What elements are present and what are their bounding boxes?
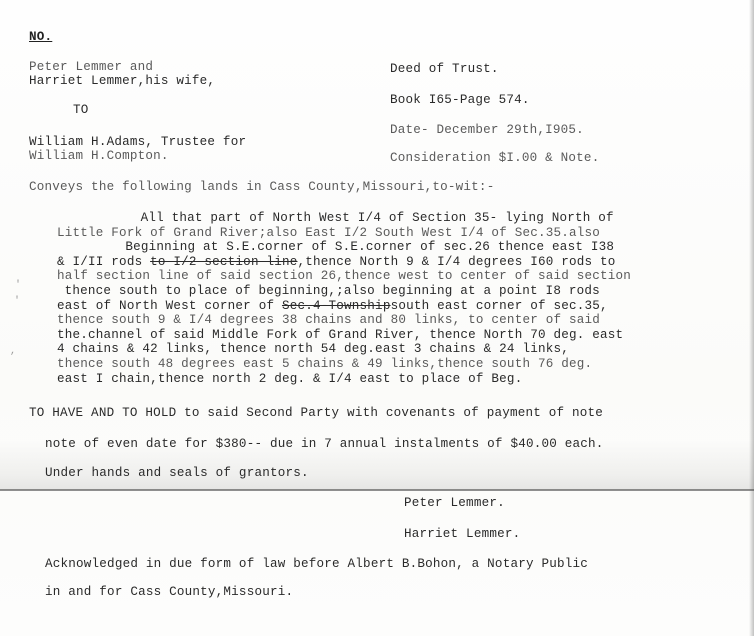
deed-date: Date- December 29th,I905.: [390, 123, 584, 137]
struck-through-text: Sec.4-Township: [282, 299, 391, 313]
grantee-line-2: William H.Compton.: [29, 149, 169, 163]
grantors-line-2: Harriet Lemmer,his wife,: [29, 74, 215, 88]
description-line: thence south 9 & I/4 degrees 38 chains a…: [57, 313, 600, 327]
consideration: Consideration $I.00 & Note.: [390, 151, 599, 165]
description-text: ,thence North 9 & I/4 degrees I60 rods t…: [298, 255, 616, 269]
acknowledgment-line-2: in and for Cass County,Missouri.: [45, 585, 293, 599]
signature-peter-lemmer: Peter Lemmer.: [404, 496, 505, 510]
description-text: east of North West corner of: [57, 299, 282, 313]
document-page: NO. Peter Lemmer and Harriet Lemmer,his …: [0, 0, 754, 636]
conveyance-intro: Conveys the following lands in Cass Coun…: [29, 180, 494, 194]
struck-through-text: to I/2 section line: [150, 255, 297, 269]
to-label: TO: [73, 103, 89, 117]
grantee-line-1: William H.Adams, Trustee for: [29, 135, 246, 149]
description-line: east of North West corner of Sec.4-Towns…: [57, 299, 608, 313]
grantors-line-1: Peter Lemmer and: [29, 60, 153, 74]
description-text: south east corner of sec.35,: [391, 299, 608, 313]
margin-mark: ': [15, 280, 21, 291]
margin-mark: ,: [10, 346, 16, 357]
description-line: thence south 48 degrees east 5 chains & …: [57, 357, 592, 371]
description-line: 4 chains & 42 links, thence north 54 deg…: [57, 342, 569, 356]
instrument-type: Deed of Trust.: [390, 62, 499, 76]
description-line: east I chain,thence north 2 deg. & I/4 e…: [57, 372, 522, 386]
under-hands-clause: Under hands and seals of grantors.: [45, 466, 309, 480]
habendum-line-1: TO HAVE AND TO HOLD to said Second Party…: [29, 406, 603, 420]
description-line: thence south to place of beginning,;also…: [65, 284, 600, 298]
signature-harriet-lemmer: Harriet Lemmer.: [404, 527, 520, 541]
description-text: & I/II rods: [57, 255, 150, 269]
description-line: Beginning at S.E.corner of S.E.corner of…: [125, 240, 614, 254]
description-line: Little Fork of Grand River;also East I/2…: [57, 226, 600, 240]
book-page-reference: Book I65-Page 574.: [390, 93, 530, 107]
fold-line: [0, 489, 754, 491]
description-line: All that part of North West I/4 of Secti…: [141, 211, 614, 225]
habendum-line-2: note of even date for $380-- due in 7 an…: [45, 437, 604, 451]
page-edge-shadow: [749, 0, 754, 636]
margin-mark: ': [14, 296, 20, 307]
record-number-label: NO.: [29, 30, 52, 44]
description-line: & I/II rods to I/2 section line,thence N…: [57, 255, 616, 269]
description-line: half section line of said section 26,the…: [57, 269, 631, 283]
acknowledgment-line-1: Acknowledged in due form of law before A…: [45, 557, 588, 571]
description-line: the.channel of said Middle Fork of Grand…: [57, 328, 623, 342]
